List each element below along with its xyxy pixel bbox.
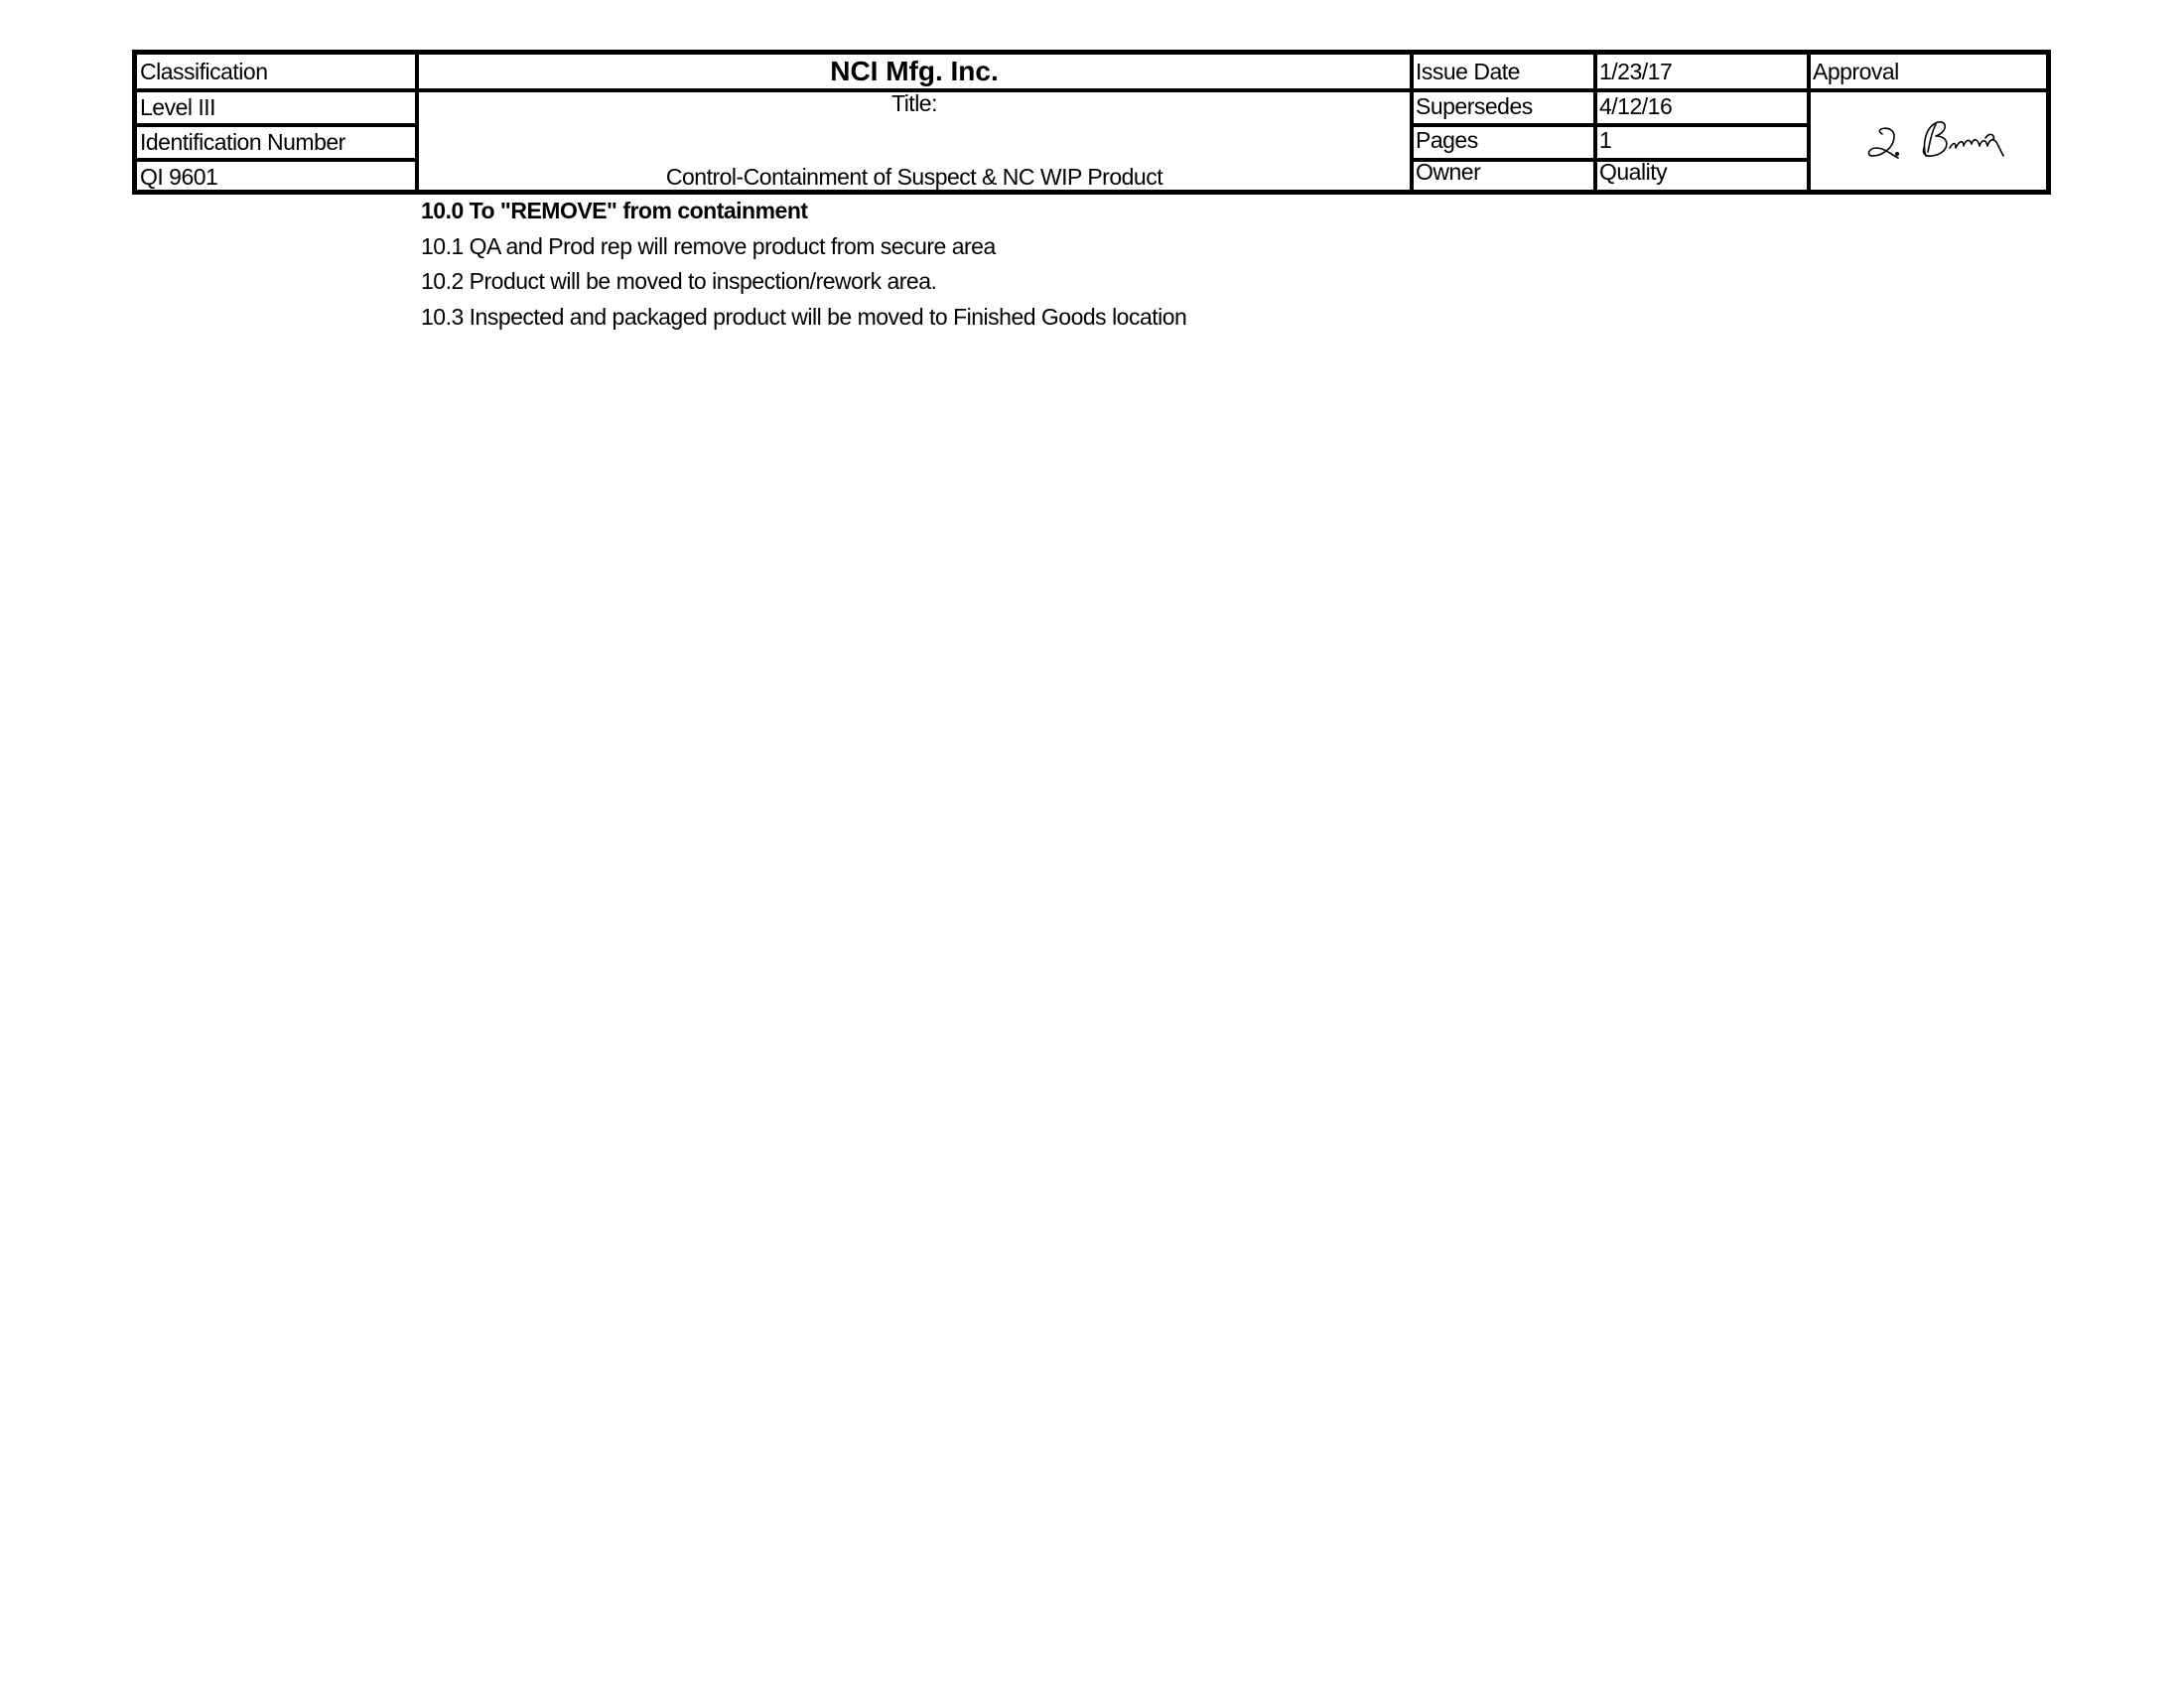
owner-label: Owner: [1416, 161, 1480, 184]
classification-value: Level III: [140, 96, 215, 119]
list-item: 10.3 Inspected and packaged product will…: [421, 306, 1186, 329]
divider: [1410, 55, 1414, 190]
supersedes-label: Supersedes: [1416, 95, 1533, 118]
section-heading: 10.0 To "REMOVE" from containment: [421, 200, 808, 222]
title-label: Title:: [419, 92, 1410, 115]
list-item: 10.2 Product will be moved to inspection…: [421, 270, 936, 293]
identification-number-value: QI 9601: [140, 166, 217, 189]
signature-icon: [1864, 114, 2038, 172]
divider: [1410, 88, 1809, 92]
issue-date-value: 1/23/17: [1599, 61, 1672, 83]
pages-value: 1: [1599, 129, 1611, 152]
approval-label: Approval: [1813, 61, 1899, 83]
divider: [137, 88, 417, 92]
company-name: NCI Mfg. Inc.: [419, 58, 1410, 85]
classification-label: Classification: [140, 61, 268, 83]
list-item: 10.1 QA and Prod rep will remove product…: [421, 235, 996, 258]
issue-date-label: Issue Date: [1416, 61, 1520, 83]
document-title: Control-Containment of Suspect & NC WIP …: [419, 166, 1410, 189]
divider: [1807, 55, 1811, 190]
divider: [1593, 55, 1597, 190]
supersedes-value: 4/12/16: [1599, 95, 1672, 118]
document-header-table: Classification Level III Identification …: [132, 50, 2051, 195]
divider: [137, 123, 417, 127]
divider: [137, 158, 417, 162]
owner-value: Quality: [1599, 161, 1667, 184]
identification-number-label: Identification Number: [140, 131, 345, 154]
divider: [1807, 88, 2051, 92]
pages-label: Pages: [1416, 129, 1478, 152]
